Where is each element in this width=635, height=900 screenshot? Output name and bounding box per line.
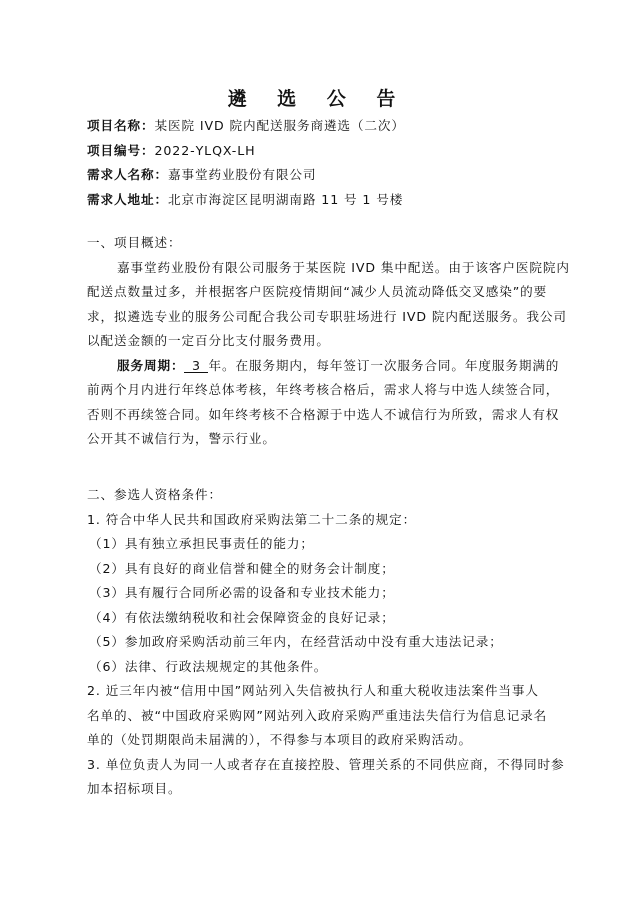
subitem-3: （3）具有履行合同所必需的设备和专业技术能力； — [89, 585, 395, 601]
requester-name-label: 需求人名称： — [87, 167, 168, 182]
section1-para1-line3: 求，拟遴选专业的服务公司配合我公司专职驻场进行 IVD 院内配送服务。我公司 — [87, 309, 567, 325]
service-period-label: 服务周期： — [117, 358, 184, 373]
section2-heading: 二、参选人资格条件： — [87, 487, 222, 503]
subitem-4: （4）有依法缴纳税收和社会保障资金的良好记录； — [89, 610, 395, 626]
service-period-row: 服务周期：3年。在服务期内，每年签订一次服务合同。年度服务期满的 — [117, 358, 559, 374]
subitem-2: （2）具有良好的商业信誉和健全的财务会计制度； — [89, 561, 395, 577]
project-number-value: 2022-YLQX-LH — [154, 143, 255, 158]
requester-name-value: 嘉事堂药业股份有限公司 — [168, 167, 316, 182]
project-number-label: 项目编号： — [87, 143, 154, 158]
project-name-value: 某医院 IVD 院内配送服务商遴选（二次） — [154, 118, 404, 133]
requester-address-value: 北京市海淀区昆明湖南路 11 号 1 号楼 — [168, 192, 403, 207]
section1-para2-line2: 否则不再续签合同。如年终考核不合格源于中选人不诚信行为所致，需求人有权 — [87, 407, 559, 423]
section2-item2-line2: 名单的、被“中国政府采购网”网站列入政府采购严重违法失信行为信息记录名 — [87, 708, 547, 724]
project-name-row: 项目名称：某医院 IVD 院内配送服务商遴选（二次） — [87, 118, 405, 134]
section2-item3-line1: 3. 单位负责人为同一人或者存在直接控股、管理关系的不同供应商，不得同时参 — [87, 757, 565, 773]
project-number-row: 项目编号：2022-YLQX-LH — [87, 143, 256, 159]
requester-name-row: 需求人名称：嘉事堂药业股份有限公司 — [87, 167, 316, 183]
subitem-1: （1）具有独立承担民事责任的能力； — [89, 536, 314, 552]
section1-para1-line2: 配送点数量过多，并根据客户医院疫情期间“减少人员流动降低交叉感染”的要 — [87, 284, 547, 300]
section1-para2-line1: 前两个月内进行年终总体考核，年终考核合格后，需求人将与中选人续签合同， — [87, 382, 559, 398]
service-period-years: 3 — [184, 359, 208, 373]
section1-para1-line1: 嘉事堂药业股份有限公司服务于某医院 IVD 集中配送。由于该客户医院院内 — [117, 260, 570, 276]
project-name-label: 项目名称： — [87, 118, 154, 133]
section2-item2-line3: 单的（处罚期限尚未届满的），不得参与本项目的政府采购活动。 — [87, 732, 472, 748]
requester-address-label: 需求人地址： — [87, 192, 168, 207]
document-page: 遴 选 公 告 项目名称：某医院 IVD 院内配送服务商遴选（二次） 项目编号：… — [0, 0, 635, 900]
section2-item2-line1: 2. 近三年内被“信用中国”网站列入失信被执行人和重大税收违法案件当事人 — [87, 683, 539, 699]
subitem-5: （5）参加政府采购活动前三年内，在经营活动中没有重大违法记录； — [89, 634, 503, 650]
document-title: 遴 选 公 告 — [0, 84, 635, 111]
requester-address-row: 需求人地址：北京市海淀区昆明湖南路 11 号 1 号楼 — [87, 192, 403, 208]
subitem-6: （6）法律、行政法规规定的其他条件。 — [89, 659, 327, 675]
section1-para1-line4: 以配送金额的一定百分比支付服务费用。 — [87, 333, 330, 349]
section2-item1: 1. 符合中华人民共和国政府采购法第二十二条的规定： — [87, 512, 416, 528]
section1-heading: 一、项目概述： — [87, 235, 181, 251]
section1-para2-line3: 公开其不诚信行为，警示行业。 — [87, 431, 276, 447]
section2-item3-line2: 加本招标项目。 — [87, 781, 181, 797]
service-period-text: 年。在服务期内，每年签订一次服务合同。年度服务期满的 — [208, 358, 559, 373]
